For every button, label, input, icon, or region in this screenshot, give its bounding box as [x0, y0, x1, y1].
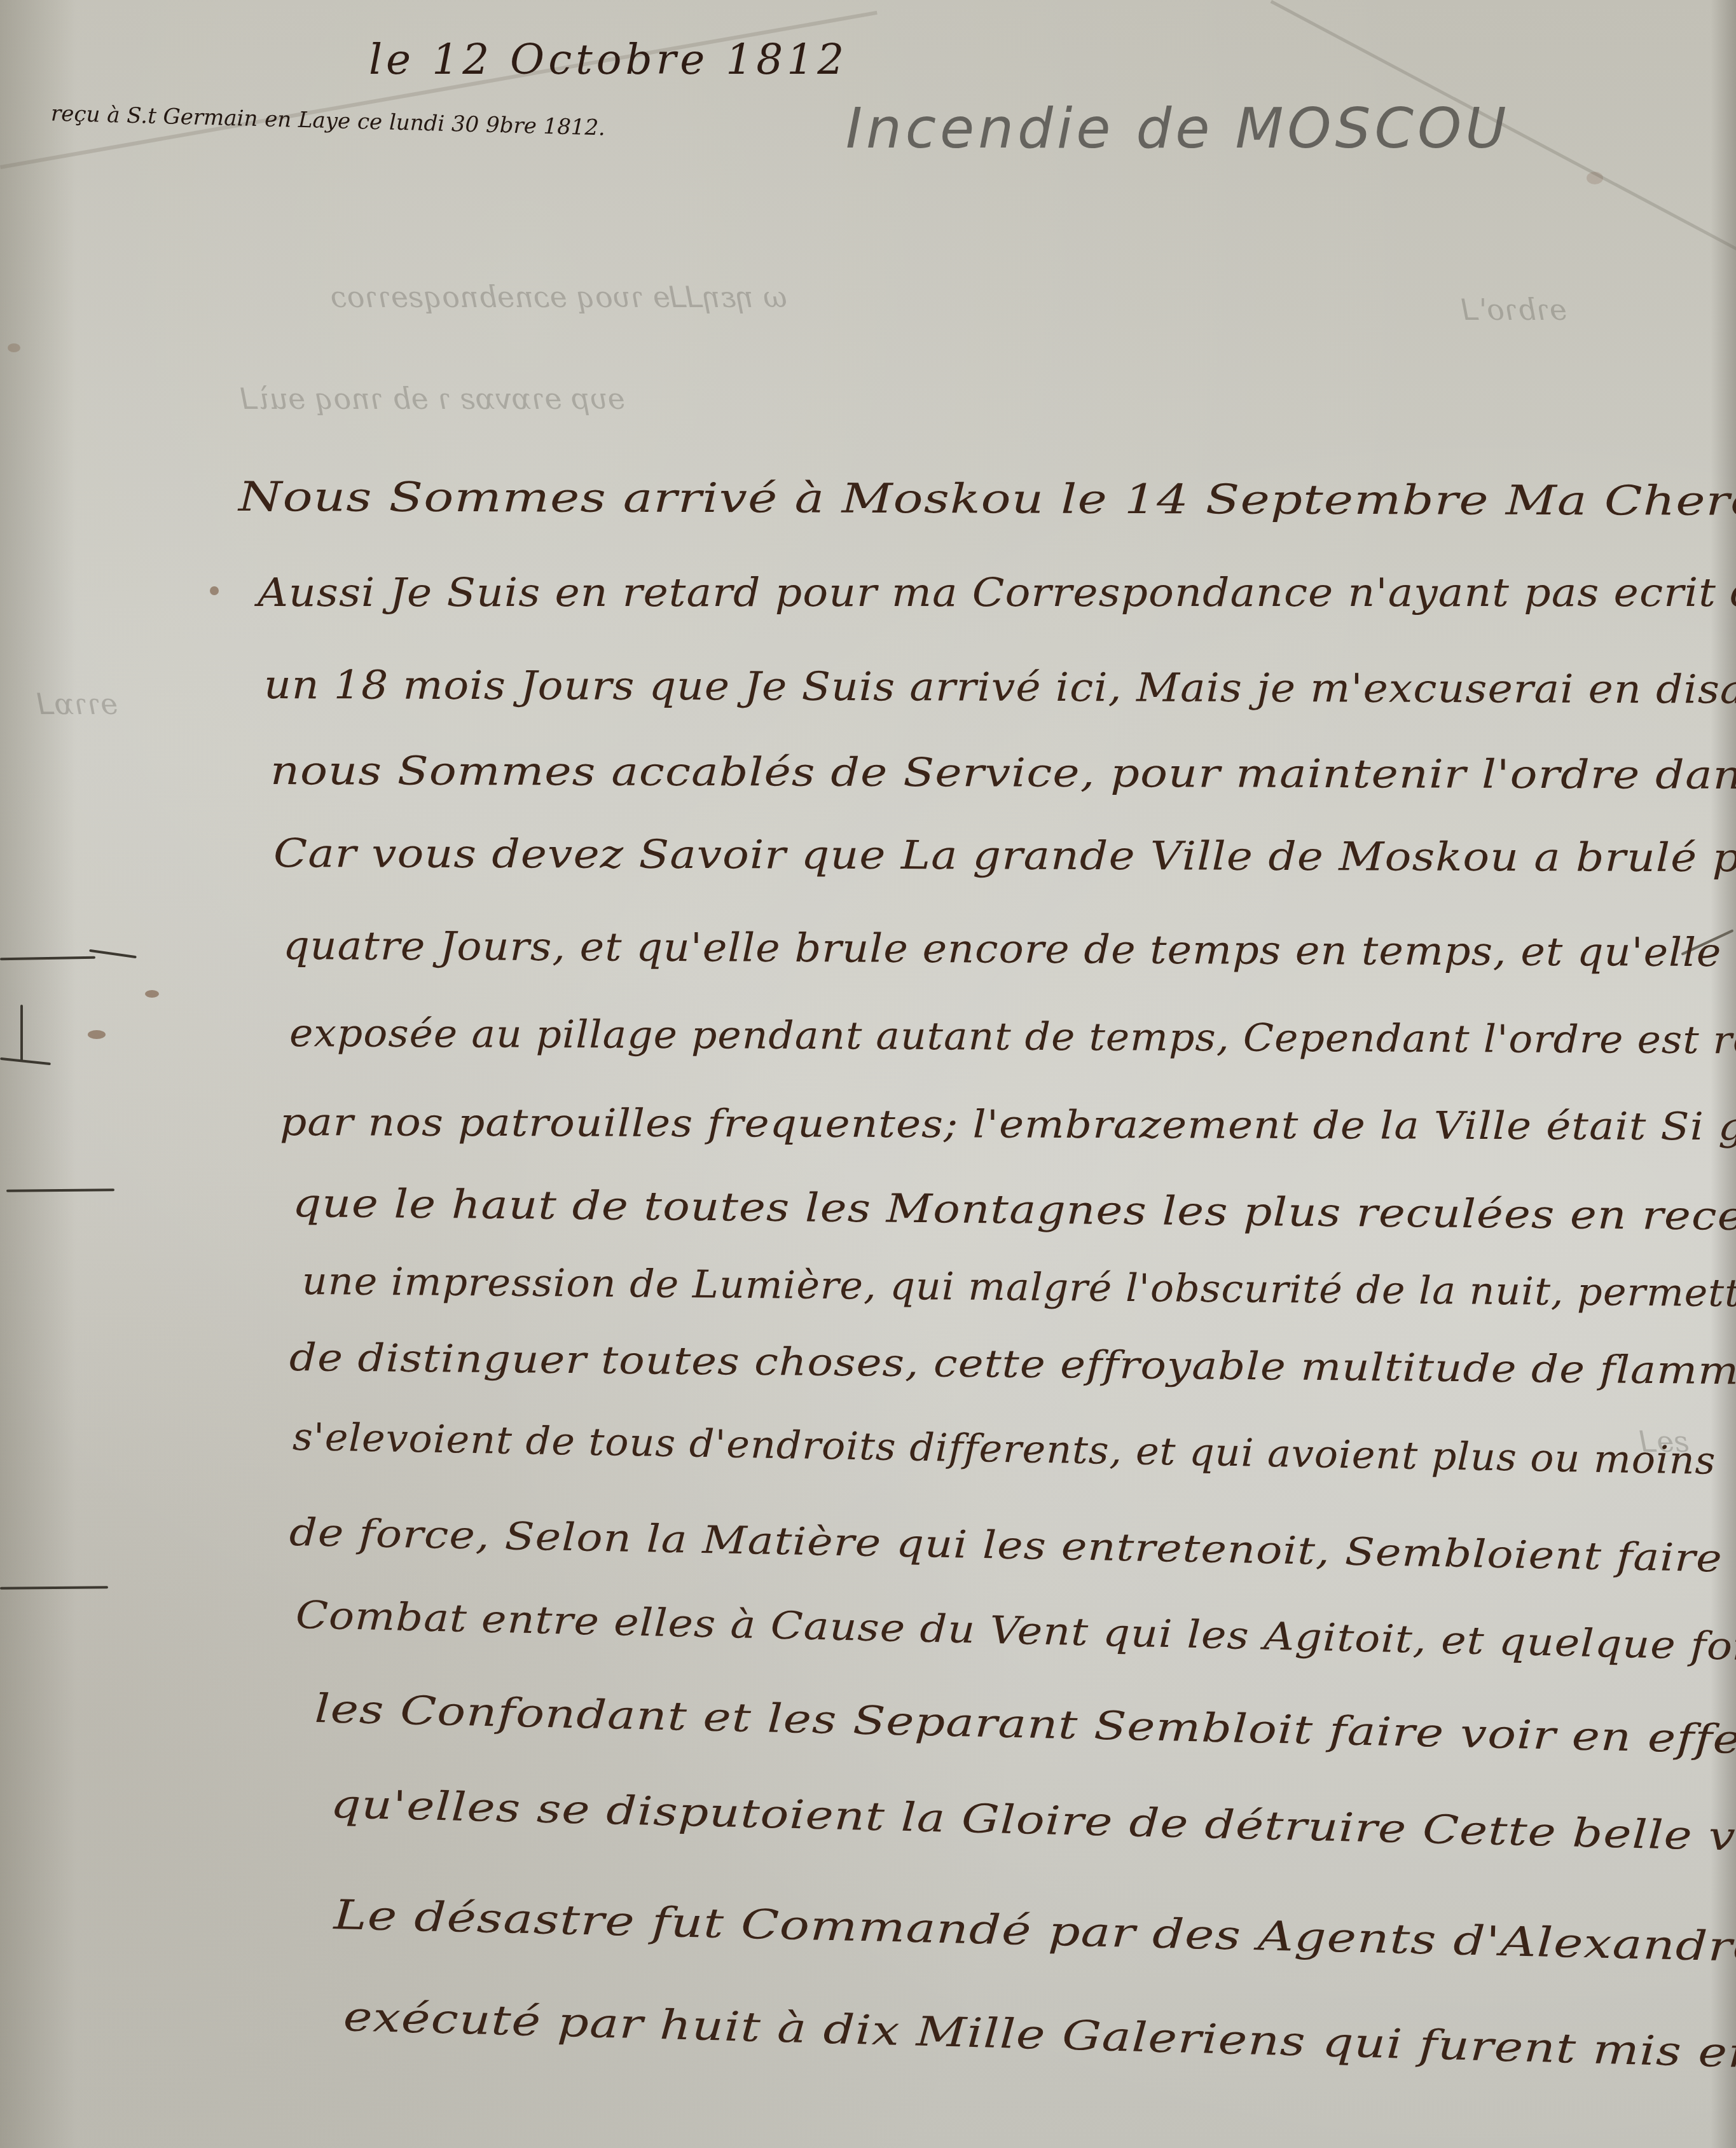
- bleed-through-text: ɘυp ɘɿɒvɒƨ ɿ ɘb ɿnoq ɘuὶ⅃: [242, 382, 625, 416]
- bleed-through-text: ɘɿbɿo'⅃: [1463, 293, 1567, 327]
- ink-stain: [1587, 172, 1603, 184]
- letter-line-1: Nous Sommes arrivé à Moskou le 14 Septem…: [238, 474, 1736, 526]
- letter-line-3: un 18 mois Jours que Je Suis arrivé ici,…: [264, 661, 1736, 713]
- ink-stain: [88, 1030, 106, 1039]
- letter-line-4: nous Sommes accablés de Service, pour ma…: [270, 747, 1736, 799]
- letter-line-6: quatre Jours, et qu'elle brule encore de…: [283, 922, 1736, 976]
- ink-stain: [210, 586, 219, 595]
- letter-line-7: exposée au pillage pendant autant de tem…: [289, 1011, 1736, 1063]
- paper-tear: [20, 1005, 23, 1062]
- ink-stain: [8, 343, 20, 352]
- worn-left-edge: [0, 0, 76, 2148]
- pencil-annotation-title: Incendie de MOSCOU: [846, 95, 1510, 161]
- letter-line-5: Car vous devez Savoir que La grande Vill…: [273, 830, 1736, 881]
- letter-line-8: par nos patrouilles frequentes; l'embraz…: [280, 1100, 1736, 1150]
- bleed-through-text: ω ηεη⅃⅃ɘ ɿυoq ɘɔnɘbnoqꙅɘɿɿoↄ: [331, 280, 787, 314]
- letter-date: le 12 Octobre 1812: [369, 35, 848, 84]
- bleed-through-text: ɘɿɿɒ⅃: [38, 687, 118, 721]
- letter-line-2: Aussi Je Suis en retard pour ma Correspo…: [258, 569, 1736, 616]
- ink-stain: [145, 990, 159, 998]
